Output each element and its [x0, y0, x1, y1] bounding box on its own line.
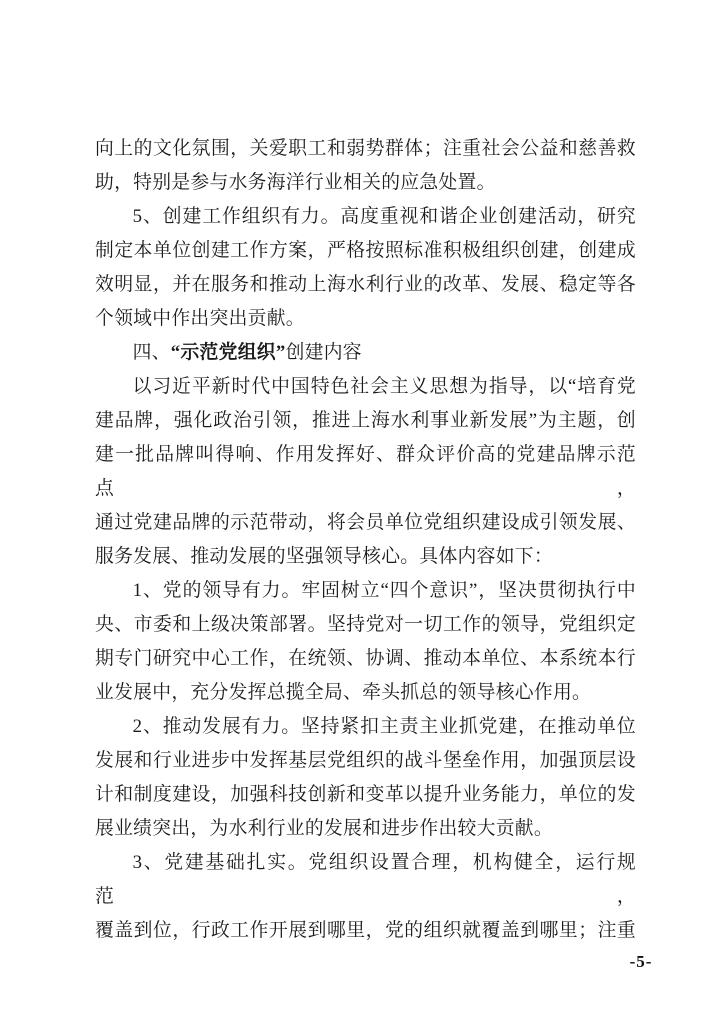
- document-line: 2、推动发展有力。坚持紧扣主责主业抓党建，在推动单位: [95, 710, 636, 744]
- document-line: 个领域中作出突出贡献。: [95, 302, 636, 336]
- document-line: 5、创建工作组织有力。高度重视和谐企业创建活动，研究: [95, 200, 636, 234]
- document-line: 建一批品牌叫得响、作用发挥好、群众评价高的党建品牌示范点，: [95, 438, 636, 506]
- text-segment: 发展和行业进步中发挥基层党组织的战斗堡垒作用，加强顶层设: [95, 750, 636, 771]
- text-segment: 建一批品牌叫得响、作用发挥好、群众评价高的党建品牌示范点，: [95, 444, 636, 499]
- document-line: 覆盖到位，行政工作开展到哪里，党的组织就覆盖到哪里；注重: [95, 914, 636, 948]
- text-segment: 3、党建基础扎实。党组织设置合理，机构健全，运行规范，: [95, 852, 636, 907]
- heading-emphasis: “示范党组织”: [171, 342, 286, 363]
- text-segment: 期专门研究中心工作，在统领、协调、推动本单位、本系统本行: [95, 648, 636, 669]
- text-segment: 业发展中，充分发挥总揽全局、牵头抓总的领导核心作用。: [95, 682, 591, 703]
- document-line: 业发展中，充分发挥总揽全局、牵头抓总的领导核心作用。: [95, 676, 636, 710]
- section-heading: 四、“示范党组织”创建内容: [95, 336, 636, 370]
- text-segment: 展业绩突出，为水利行业的发展和进步作出较大贡献。: [95, 818, 553, 839]
- text-segment: 助，特别是参与水务海洋行业相关的应急处置。: [95, 172, 496, 193]
- document-line: 计和制度建设，加强科技创新和变革以提升业务能力，单位的发: [95, 778, 636, 812]
- text-segment: 5、创建工作组织有力。高度重视和谐企业创建活动，研究: [133, 206, 636, 227]
- text-segment: 向上的文化氛围，关爱职工和弱势群体；注重社会公益和慈善救: [95, 138, 636, 159]
- text-segment: 2、推动发展有力。坚持紧扣主责主业抓党建，在推动单位: [133, 716, 636, 737]
- document-line: 发展和行业进步中发挥基层党组织的战斗堡垒作用，加强顶层设: [95, 744, 636, 778]
- document-line: 1、党的领导有力。牢固树立“四个意识”，坚决贯彻执行中: [95, 574, 636, 608]
- document-line: 期专门研究中心工作，在统领、协调、推动本单位、本系统本行: [95, 642, 636, 676]
- text-segment: 创建内容: [286, 342, 362, 363]
- text-segment: 1、党的领导有力。牢固树立“四个意识”，坚决贯彻执行中: [133, 580, 636, 601]
- document-line: 效明显，并在服务和推动上海水利行业的改革、发展、稳定等各: [95, 268, 636, 302]
- text-segment: 服务发展、推动发展的坚强领导核心。具体内容如下：: [95, 546, 553, 567]
- document-line: 制定本单位创建工作方案，严格按照标准积极组织创建，创建成: [95, 234, 636, 268]
- text-segment: 四、: [133, 342, 171, 363]
- text-segment: 覆盖到位，行政工作开展到哪里，党的组织就覆盖到哪里；注重: [95, 920, 636, 941]
- document-text-block: 向上的文化氛围，关爱职工和弱势群体；注重社会公益和慈善救助，特别是参与水务海洋行…: [95, 132, 636, 948]
- text-segment: 个领域中作出突出贡献。: [95, 308, 305, 329]
- text-segment: 通过党建品牌的示范带动，将会员单位党组织建设成引领发展、: [95, 512, 636, 533]
- text-segment: 计和制度建设，加强科技创新和变革以提升业务能力，单位的发: [95, 784, 636, 805]
- text-segment: 建品牌，强化政治引领，推进上海水利事业新发展”为主题，创: [95, 410, 636, 431]
- document-line: 以习近平新时代中国特色社会主义思想为指导，以“培育党: [95, 370, 636, 404]
- text-segment: 央、市委和上级决策部署。坚持党对一切工作的领导，党组织定: [95, 614, 636, 635]
- document-line: 3、党建基础扎实。党组织设置合理，机构健全，运行规范，: [95, 846, 636, 914]
- page-number: -5-: [618, 952, 664, 972]
- text-segment: 以习近平新时代中国特色社会主义思想为指导，以“培育党: [133, 376, 636, 397]
- document-page: 向上的文化氛围，关爱职工和弱势群体；注重社会公益和慈善救助，特别是参与水务海洋行…: [0, 0, 724, 1024]
- document-line: 向上的文化氛围，关爱职工和弱势群体；注重社会公益和慈善救: [95, 132, 636, 166]
- document-line: 助，特别是参与水务海洋行业相关的应急处置。: [95, 166, 636, 200]
- document-line: 展业绩突出，为水利行业的发展和进步作出较大贡献。: [95, 812, 636, 846]
- text-segment: 效明显，并在服务和推动上海水利行业的改革、发展、稳定等各: [95, 274, 636, 295]
- text-segment: 制定本单位创建工作方案，严格按照标准积极组织创建，创建成: [95, 240, 636, 261]
- document-line: 通过党建品牌的示范带动，将会员单位党组织建设成引领发展、: [95, 506, 636, 540]
- document-line: 服务发展、推动发展的坚强领导核心。具体内容如下：: [95, 540, 636, 574]
- document-line: 央、市委和上级决策部署。坚持党对一切工作的领导，党组织定: [95, 608, 636, 642]
- document-line: 建品牌，强化政治引领，推进上海水利事业新发展”为主题，创: [95, 404, 636, 438]
